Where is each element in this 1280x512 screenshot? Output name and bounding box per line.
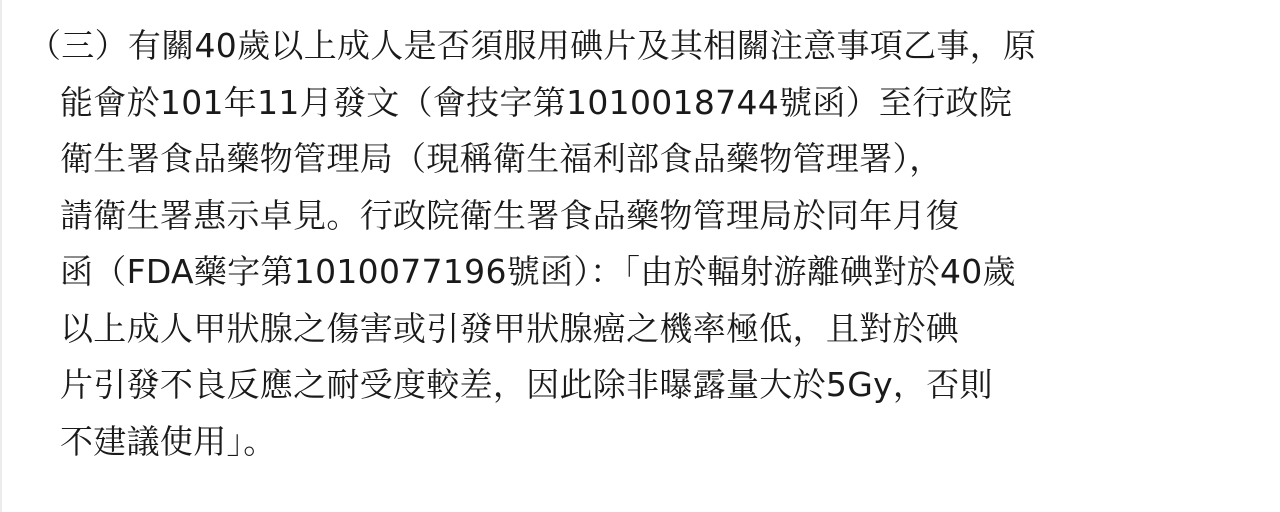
cutoff-previous-line: ⋯⋯⋯⋯⋯⋯⋯ (152, 0, 397, 10)
paragraph-line-5: 函（FDA藥字第1010077196號函）：「由於輻射游離碘對於40歲 (28, 244, 1228, 301)
section-three-paragraph: （三）有關40歲以上成人是否須服用碘片及其相關注意事項乙事，原 能會於101年1… (28, 18, 1228, 470)
paragraph-line-7: 片引發不良反應之耐受度較差，因此除非曝露量大於5Gy，否則 (28, 357, 1228, 414)
paragraph-line-4: 請衛生署惠示卓見。行政院衛生署食品藥物管理局於同年月復 (28, 188, 1228, 245)
paragraph-line-2: 能會於101年11月發文（會技字第1010018744號函）至行政院 (28, 75, 1228, 132)
paragraph-line-3: 衛生署食品藥物管理局（現稱衛生福利部食品藥物管理署）， (28, 131, 1228, 188)
paragraph-line-6: 以上成人甲狀腺之傷害或引發甲狀腺癌之機率極低，且對於碘 (28, 301, 1228, 358)
document-page: ⋯⋯⋯⋯⋯⋯⋯ （三）有關40歲以上成人是否須服用碘片及其相關注意事項乙事，原 … (0, 0, 1280, 512)
paragraph-line-8: 不建議使用」。 (28, 414, 1228, 471)
section-marker: （三） (28, 26, 128, 65)
paragraph-line-1: （三）有關40歲以上成人是否須服用碘片及其相關注意事項乙事，原 (28, 18, 1228, 75)
line-text: 有關40歲以上成人是否須服用碘片及其相關注意事項乙事，原 (128, 26, 1036, 65)
